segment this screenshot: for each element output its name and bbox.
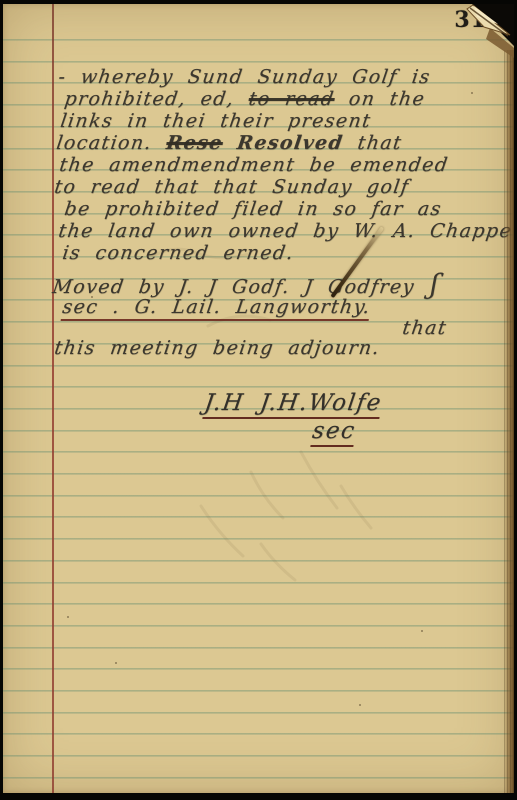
handwritten-segment: that xyxy=(342,132,404,154)
handwritten-segment: is concerned erned. xyxy=(61,242,296,264)
handwritten-segment: to read that that Sunday golf xyxy=(53,176,411,198)
handwritten-segment: Moved by J. J Godf. J Godfrey xyxy=(51,276,416,298)
handwritten-segment: J.H J.H.Wolfe xyxy=(202,390,384,419)
handwritten-segment: this meeting being adjourn. xyxy=(53,337,382,359)
handwritten-segment: - whereby Sund Sunday Golf is xyxy=(57,66,432,88)
handwritten-segment: ʃ xyxy=(413,269,440,300)
handwritten-segment: sec . G. Lail. Langworthy. xyxy=(61,296,373,321)
handwritten-segment: prohibited, ed, xyxy=(63,88,250,110)
handwritten-segment: the land own owned by W. A. Chappe xyxy=(57,220,514,242)
handwritten-text: - whereby Sund Sunday Golf isprohibited,… xyxy=(3,4,514,793)
hw-line-1: - whereby Sund Sunday Golf is xyxy=(57,66,432,88)
paper-speck xyxy=(115,662,117,664)
hw-line-2: prohibited, ed, to read on the xyxy=(63,88,427,110)
hw-line-11: sec . G. Lail. Langworthy. xyxy=(61,296,372,318)
hw-line-5: the amendmendment be emended xyxy=(58,154,450,176)
hw-line-8: the land own owned by W. A. Chappe xyxy=(57,220,514,242)
hw-line-10: Moved by J. J Godf. J Godfrey ʃ xyxy=(51,274,440,298)
hw-line-6: to read that that Sunday golf xyxy=(53,176,411,198)
handwritten-segment: Resolved xyxy=(236,132,345,154)
hw-line-4: location. Rese Resolved that xyxy=(55,132,404,154)
signature-name: J.H J.H.Wolfe xyxy=(203,392,384,414)
scanned-minute-book-photo: { "document": { "page_number": "31", "co… xyxy=(0,0,517,800)
ledger-page: - whereby Sund Sunday Golf isprohibited,… xyxy=(3,4,514,793)
hw-line-13: this meeting being adjourn. xyxy=(53,337,382,359)
hw-line-7: be prohibited filed in so far as xyxy=(63,198,443,220)
handwritten-segment: the amendmendment be emended xyxy=(58,154,450,176)
signature-title: sec xyxy=(311,420,357,442)
hw-line-3: links in thei their present xyxy=(59,110,373,132)
handwritten-segment: links in thei their present xyxy=(59,110,373,132)
paper-speck xyxy=(421,630,423,632)
handwritten-segment: sec xyxy=(310,418,357,447)
handwritten-segment: Rese xyxy=(165,132,224,154)
handwritten-segment: be prohibited filed in so far as xyxy=(63,198,443,220)
paper-speck xyxy=(359,704,361,706)
handwritten-segment: that xyxy=(401,317,449,339)
paper-speck xyxy=(91,296,93,298)
hw-line-12: that xyxy=(401,317,449,339)
paper-speck xyxy=(67,616,69,618)
handwritten-segment: to read xyxy=(247,88,336,110)
hw-line-9: is concerned erned. xyxy=(61,242,296,264)
handwritten-segment: location. xyxy=(55,132,168,154)
handwritten-segment: on the xyxy=(333,88,427,110)
paper-speck xyxy=(471,92,473,94)
folded-corner xyxy=(450,4,514,62)
book-fore-edge xyxy=(504,50,514,793)
